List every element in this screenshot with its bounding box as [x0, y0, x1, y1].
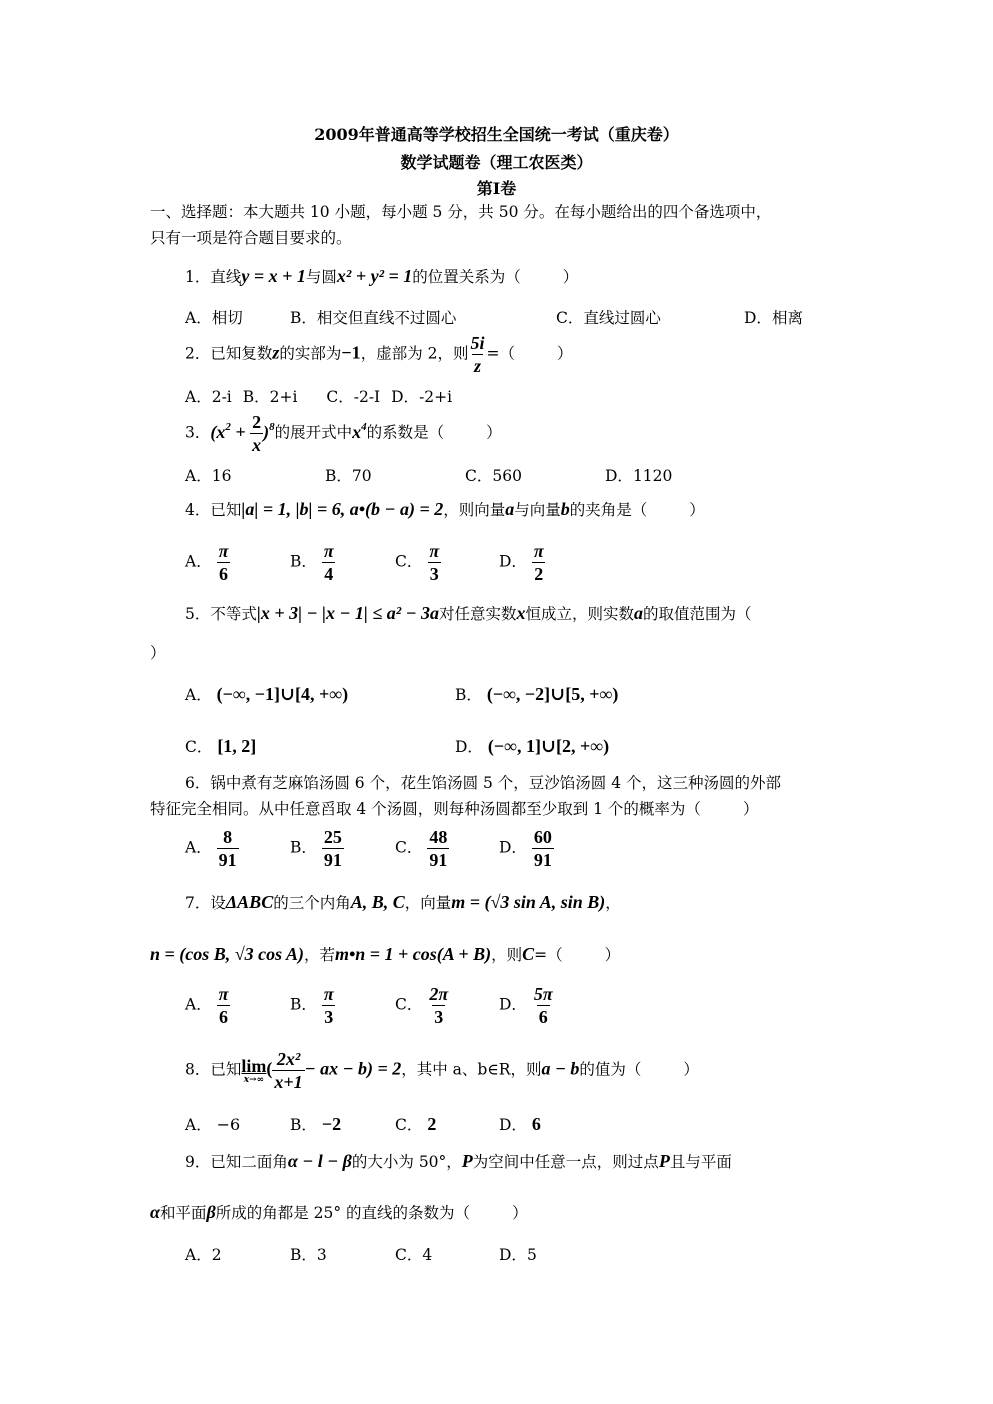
- section-intro-line1: 一、选择题：本大题共 10 小题，每小题 5 分，共 50 分。在每小题给出的四…: [150, 202, 771, 222]
- question-5: 5．不等式|x + 3| − |x − 1| ≤ a² − 3a对任意实数x恒成…: [185, 603, 752, 624]
- option-a: A． π6: [185, 540, 230, 585]
- option-c: C．4: [395, 1243, 432, 1265]
- option-c: C．直线过圆心: [556, 306, 661, 328]
- math-expression: A, B, C: [351, 892, 405, 912]
- question-1: 1．直线y = x + 1与圆x² + y² = 1的位置关系为（）: [185, 266, 578, 287]
- math-expression: β: [206, 1202, 215, 1222]
- option-b: B． π3: [290, 983, 336, 1028]
- question-number: 4．: [185, 501, 210, 519]
- option-a: A．相切: [185, 306, 243, 328]
- math-expression: P: [462, 1151, 473, 1171]
- limit-operator: limx→∞: [241, 1057, 266, 1085]
- math-expression: ΔABC: [226, 892, 273, 912]
- question-9: 9．已知二面角α − l − β的大小为 50°，P为空间中任意一点，则过点P且…: [185, 1151, 732, 1172]
- section-intro-line2: 只有一项是符合题目要求的。: [150, 228, 352, 248]
- math-expression: (x2 + 2x)8: [210, 422, 274, 442]
- option-b: B．3: [290, 1243, 327, 1265]
- math-expression: − ax − b) = 2: [305, 1059, 402, 1079]
- question-number: 7．: [185, 894, 210, 912]
- option-c: C． π3: [395, 540, 441, 585]
- question-7: 7．设ΔABC的三个内角A, B, C，向量m = (√3 sin A, sin…: [185, 892, 621, 913]
- option-b: B． 2591: [290, 826, 344, 871]
- option-c: C． [1, 2]: [185, 735, 256, 757]
- option-a: A．2: [185, 1243, 222, 1265]
- option-a: A． −6: [185, 1113, 240, 1135]
- question-number: 2．: [185, 345, 210, 363]
- math-expression: a − b: [541, 1059, 579, 1079]
- option-d: D．5: [499, 1243, 537, 1265]
- math-expression: b: [561, 499, 570, 519]
- question-number: 3．: [185, 424, 210, 442]
- fraction: π6: [217, 983, 231, 1028]
- question-6-line2: 特征完全相同。从中任意舀取 4 个汤圆，则每种汤圆都至少取到 1 个的概率为（）: [150, 799, 758, 819]
- fraction: 2591: [322, 826, 344, 871]
- option-b: B． (−∞, −2]∪[5, +∞): [455, 683, 618, 705]
- options-row: A．2-i B．2+i C．-2-I D．-2+i: [185, 385, 452, 407]
- exam-title: 2009年普通高等学校招生全国统一考试（重庆卷）: [0, 122, 993, 145]
- math-expression: m•n = 1 + cos(A + B): [335, 944, 491, 964]
- math-expression: a: [505, 499, 514, 519]
- fraction: π2: [532, 540, 546, 585]
- option-d: D． 6091: [499, 826, 554, 871]
- option-c: C．-2-I: [326, 388, 380, 406]
- question-7-line2: n = (cos B, √3 cos A)，若m•n = 1 + cos(A +…: [150, 944, 620, 965]
- option-c: C． 2π3: [395, 983, 450, 1028]
- fraction: 2π3: [427, 983, 450, 1028]
- math-expression: −1: [341, 343, 360, 363]
- option-c: C． 2: [395, 1113, 436, 1135]
- fraction: 6091: [532, 826, 554, 871]
- exam-subtitle: 数学试题卷（理工农医类）: [0, 150, 993, 173]
- math-expression: α − l − β: [288, 1151, 352, 1171]
- option-a: A．2-i: [185, 388, 232, 406]
- math-expression: m = (√3 sin A, sin B): [451, 892, 605, 912]
- option-a: A．16: [185, 464, 231, 486]
- option-a: A． (−∞, −1]∪[4, +∞): [185, 683, 348, 705]
- fraction: 2x: [250, 411, 263, 456]
- fraction: π3: [322, 983, 336, 1028]
- volume-title: 第Ⅰ卷: [0, 176, 993, 199]
- fraction: π3: [427, 540, 441, 585]
- option-d: D． (−∞, 1]∪[2, +∞): [455, 735, 609, 757]
- question-9-line2: α和平面β所成的角都是 25° 的直线的条数为（）: [150, 1202, 528, 1223]
- fraction: 4891: [427, 826, 449, 871]
- exam-page: 2009年普通高等学校招生全国统一考试（重庆卷） 数学试题卷（理工农医类） 第Ⅰ…: [0, 0, 993, 1404]
- question-2: 2．已知复数z的实部为−1，虚部为 2，则5iz=（）: [185, 332, 573, 377]
- fraction: 2x²x+1: [272, 1048, 304, 1093]
- question-number: 6．: [185, 774, 210, 792]
- fraction: π4: [322, 540, 336, 585]
- option-b: B．70: [325, 464, 372, 486]
- option-d: D． 6: [499, 1113, 541, 1135]
- math-expression: x4: [352, 422, 367, 442]
- option-b: B． π4: [290, 540, 336, 585]
- question-6: 6．锅中煮有芝麻馅汤圆 6 个，花生馅汤圆 5 个，豆沙馅汤圆 4 个，这三种汤…: [185, 773, 781, 793]
- option-d: D． π2: [499, 540, 546, 585]
- fraction: π6: [217, 540, 231, 585]
- question-5-close: ）: [150, 643, 166, 663]
- question-8: 8．已知limx→∞(2x²x+1− ax − b) = 2，其中 a、b∈R，…: [185, 1048, 699, 1093]
- option-a: A． π6: [185, 983, 230, 1028]
- question-number: 8．: [185, 1061, 210, 1079]
- math-expression: x² + y² = 1: [337, 266, 412, 286]
- fraction: 891: [217, 826, 239, 871]
- option-d: D．-2+i: [391, 388, 452, 406]
- math-expression: α: [150, 1202, 160, 1222]
- question-3: 3．(x2 + 2x)8的展开式中x4的系数是（）: [185, 411, 502, 456]
- option-c: C． 4891: [395, 826, 449, 871]
- math-expression: y = x + 1: [241, 266, 306, 286]
- option-c: C．560: [465, 464, 522, 486]
- math-expression: P: [659, 1151, 670, 1171]
- question-number: 9．: [185, 1153, 210, 1171]
- question-number: 5．: [185, 605, 210, 623]
- math-expression: |a| = 1, |b| = 6, a•(b − a) = 2: [241, 499, 443, 519]
- math-expression: C: [522, 944, 534, 964]
- question-number: 1．: [185, 268, 210, 286]
- option-d: D．相离: [744, 306, 803, 328]
- fraction: 5π6: [532, 983, 555, 1028]
- option-b: B．2+i: [243, 388, 298, 406]
- option-d: D． 5π6: [499, 983, 555, 1028]
- math-expression: x: [517, 603, 526, 623]
- math-expression: a: [634, 603, 643, 623]
- math-expression: n = (cos B, √3 cos A): [150, 944, 304, 964]
- option-b: B．相交但直线不过圆心: [290, 306, 456, 328]
- option-d: D．1120: [605, 464, 672, 486]
- math-expression: |x + 3| − |x − 1| ≤ a² − 3a: [257, 603, 439, 623]
- fraction: 5iz: [468, 332, 486, 377]
- option-b: B． −2: [290, 1113, 341, 1135]
- option-a: A． 891: [185, 826, 239, 871]
- question-4: 4．已知|a| = 1, |b| = 6, a•(b − a) = 2，则向量a…: [185, 499, 705, 520]
